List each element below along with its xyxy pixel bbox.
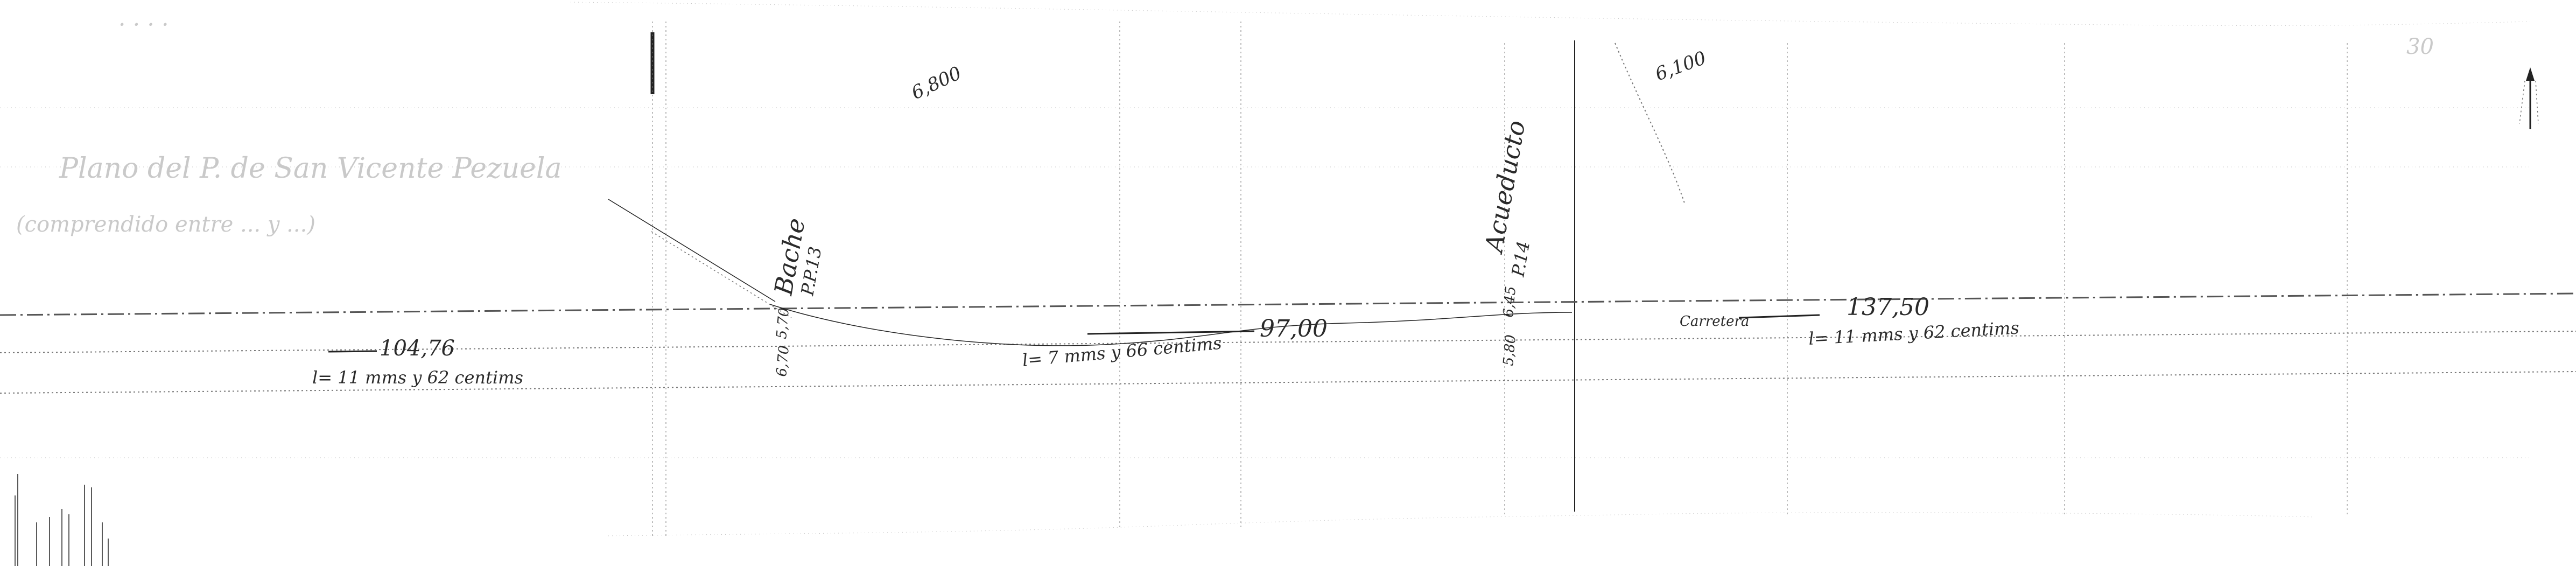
segment-1: 104,76 l= 11 mms y 62 centims: [312, 336, 523, 388]
segment-2-note: l= 7 mms y 66 centims: [1021, 333, 1222, 371]
segment-2-length: 97,00: [1260, 315, 1328, 343]
scale-ruler-icon: [15, 474, 108, 566]
title-faint-1: · · · ·: [118, 11, 169, 38]
bottom-boundary: [608, 513, 2315, 536]
segment-2: 97,00 l= 7 mms y 66 centims: [1021, 315, 1328, 371]
dim-vertical-1-lower: 6,70: [774, 345, 792, 377]
survey-plan: · · · · Plano del P. de San Vicente Pezu…: [0, 0, 2576, 566]
bache-crossing: [608, 199, 791, 318]
elevation-label-right: 6,100: [1652, 47, 1709, 86]
top-boundary: [571, 2, 2530, 26]
page-number: 30: [2406, 34, 2434, 59]
crossing-code-acueducto: P.14: [1507, 240, 1534, 279]
segment-3-length: 137,50: [1847, 294, 1929, 321]
title-line-3: (comprendido entre ... y ...): [16, 212, 315, 237]
dim-vertical-2-lower: 5,80: [1500, 334, 1519, 366]
north-arrow-icon: [2519, 67, 2538, 129]
title-block: · · · · Plano del P. de San Vicente Pezu…: [16, 11, 562, 237]
dim-vertical-2-upper: 6,45: [1500, 285, 1519, 318]
elevation-label-left: 6,800: [908, 62, 965, 104]
title-line-1: Plano del P. de San Vicente Pezuela: [59, 152, 562, 185]
crossing-label-acueducto: Acueducto: [1479, 118, 1531, 256]
segment-3: Carretera 137,50 l= 11 mms y 62 centims: [1680, 294, 2020, 349]
segment-3-note: l= 11 mms y 62 centims: [1808, 318, 2019, 349]
dim-vertical-1-upper: 5,70: [774, 307, 792, 339]
road-label: Carretera: [1680, 313, 1749, 330]
segment-1-length: 104,76: [380, 336, 455, 361]
segment-1-note: l= 11 mms y 62 centims: [312, 367, 523, 388]
grid-lines: [0, 22, 2530, 539]
